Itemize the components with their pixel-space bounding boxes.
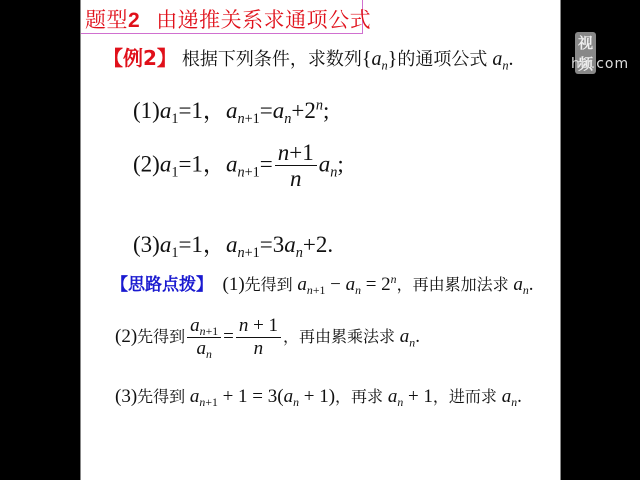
problem-index: (1)	[133, 98, 160, 123]
watermark-url: hu.com	[571, 56, 629, 72]
hint-step-1: 【思路点拨】 (1)先得到 an+1 − an = 2n，再由累加法求 an.	[111, 270, 533, 296]
hint-step-2: (2)先得到an+1an=n + 1n，再由累乘法求 an.	[115, 316, 420, 360]
hint-tail: ，再由累加法求	[397, 275, 509, 294]
example-prompt: 根据下列条件，求数列	[182, 49, 362, 70]
hint-label: 【思路点拨】	[111, 275, 213, 295]
title-number: 2	[128, 9, 140, 32]
fraction: n+1n	[275, 140, 317, 193]
slide-title: 题型2由递推关系求通项公式	[85, 4, 371, 34]
hint-lead: 先得到	[137, 327, 185, 346]
title-box: 题型2由递推关系求通项公式	[81, 0, 363, 34]
fraction: n + 1n	[236, 316, 281, 360]
slide: 题型2由递推关系求通项公式 【例2】 根据下列条件，求数列{an}的通项公式 a…	[80, 0, 561, 480]
hint-tail: ，再求	[335, 387, 383, 406]
hint-step-3: (3)先得到 an+1 + 1 = 3(an + 1)，再求 an + 1，进而…	[115, 384, 522, 408]
title-prefix: 题型	[85, 8, 128, 32]
hint-lead: 先得到	[245, 275, 293, 294]
problem-1: (1)a1=1，an+1=an+2n;	[133, 92, 329, 125]
problem-index: (2)	[133, 152, 160, 177]
hint-lead: 先得到	[137, 387, 185, 406]
title-text: 由递推关系求通项公式	[156, 8, 371, 32]
example-label: 【例2】	[103, 46, 177, 70]
fraction: an+1an	[187, 316, 221, 360]
example-line: 【例2】 根据下列条件，求数列{an}的通项公式 an.	[103, 42, 514, 71]
hint-tail: ，再由累乘法求	[283, 327, 395, 346]
problem-3: (3)a1=1，an+1=3an+2.	[133, 226, 333, 259]
problem-2: (2)a1=1，an+1=n+1nan;	[133, 140, 344, 193]
example-prompt-end: 的通项公式	[397, 49, 487, 70]
problem-index: (3)	[133, 232, 160, 257]
hint-tail-2: ，进而求	[433, 387, 497, 406]
